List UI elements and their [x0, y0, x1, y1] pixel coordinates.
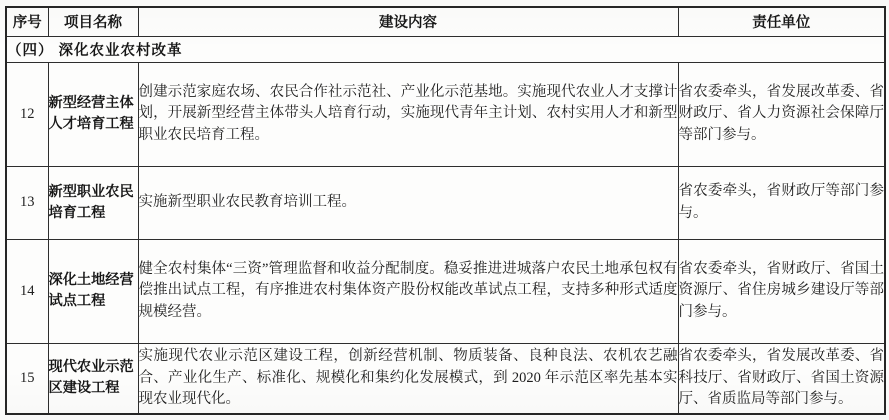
unit-cell: 省农委牵头，省财政厅、省国土资源厅、省住房城乡建设厅等部门参与。 [678, 239, 885, 343]
content-cell: 健全农村集体“三资”管理监督和收益分配制度。稳妥推进进城落户农民土地承包权有偿推… [138, 239, 678, 343]
table-row: 14 深化土地经营试点工程 健全农村集体“三资”管理监督和收益分配制度。稳妥推进… [6, 239, 885, 343]
project-name-cell: 现代农业示范区建设工程 [48, 343, 138, 414]
table-row: 12 新型经营主体人才培育工程 创建示范家庭农场、农民合作社示范社、产业化示范基… [6, 62, 885, 166]
table-row: 15 现代农业示范区建设工程 实施现代农业示范区建设工程，创新经营机制、物质装备… [6, 343, 885, 414]
project-name-cell: 深化土地经营试点工程 [48, 239, 138, 343]
header-no: 序号 [6, 7, 48, 36]
project-name-cell: 新型经营主体人才培育工程 [48, 62, 138, 166]
row-number: 15 [6, 343, 48, 414]
header-project-name: 项目名称 [48, 7, 138, 36]
project-table: 序号 项目名称 建设内容 责任单位 （四） 深化农业农村改革 12 新型经营主体… [5, 6, 886, 415]
content-cell: 实施现代农业示范区建设工程，创新经营机制、物质装备、良种良法、农机农艺融合、产业… [138, 343, 678, 414]
header-unit: 责任单位 [678, 7, 885, 36]
row-number: 12 [6, 62, 48, 166]
content-cell: 实施新型职业农民教育培训工程。 [138, 166, 678, 239]
section-row: （四） 深化农业农村改革 [6, 36, 885, 62]
table-header-row: 序号 项目名称 建设内容 责任单位 [6, 7, 885, 36]
scanned-document-page: 序号 项目名称 建设内容 责任单位 （四） 深化农业农村改革 12 新型经营主体… [0, 0, 889, 420]
project-name-cell: 新型职业农民培育工程 [48, 166, 138, 239]
unit-cell: 省农委牵头，省财政厅等部门参与。 [678, 166, 885, 239]
header-content: 建设内容 [138, 7, 678, 36]
content-cell: 创建示范家庭农场、农民合作社示范社、产业化示范基地。实施现代农业人才支撑计划，开… [138, 62, 678, 166]
unit-cell: 省农委牵头，省发展改革委、省科技厅、省财政厅、省国土资源厅、省质监局等部门参与。 [678, 343, 885, 414]
unit-cell: 省农委牵头，省发展改革委、省财政厅、省人力资源社会保障厅等部门参与。 [678, 62, 885, 166]
row-number: 14 [6, 239, 48, 343]
row-number: 13 [6, 166, 48, 239]
table-row: 13 新型职业农民培育工程 实施新型职业农民教育培训工程。 省农委牵头，省财政厅… [6, 166, 885, 239]
section-title: （四） 深化农业农村改革 [6, 36, 885, 62]
